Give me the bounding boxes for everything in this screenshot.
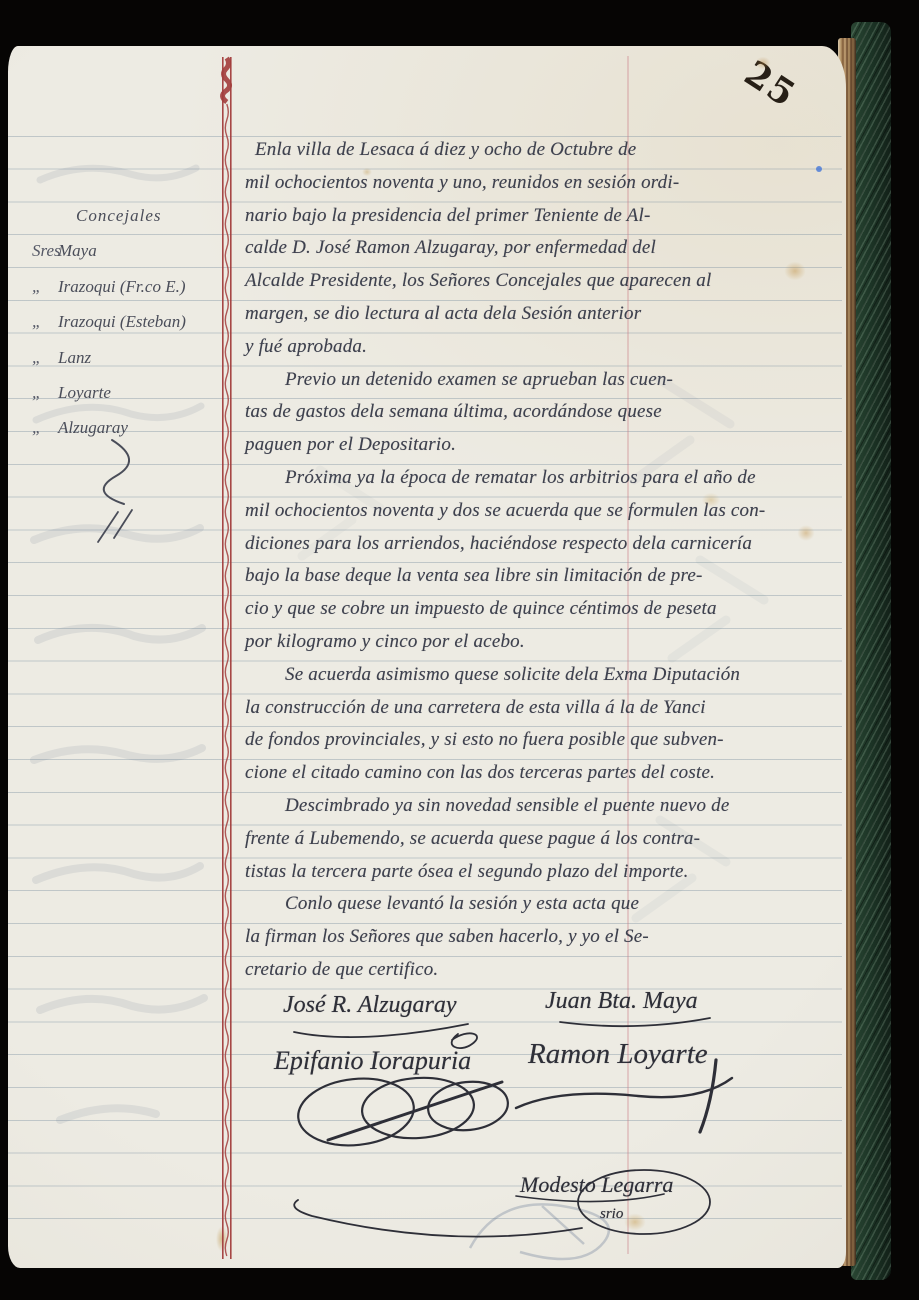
attendee-item: „Loyarte [32,375,238,410]
foxing-spot [620,1210,650,1234]
handwritten-line: paguen por el Depositario. [245,429,845,462]
margin-attendees-block: Concejales SresMaya „Irazoqui (Fr.co E.)… [32,198,238,446]
page-number: 25 [737,53,804,116]
attendee-prefix: „ [32,340,58,375]
minutes-body-text: Enla villa de Lesaca á diez y ocho de Oc… [245,134,845,987]
handwritten-line: bajo la base deque la venta sea libre si… [245,560,845,593]
attendee-name: Maya [58,241,97,260]
handwritten-line: Conlo quese levantó la sesión y esta act… [245,888,845,921]
handwritten-line: margen, se dio lectura al acta dela Sesi… [245,298,845,331]
attendee-prefix: „ [32,410,58,445]
handwritten-line: tistas la tercera parte ósea el segundo … [245,856,845,889]
signature-juan-bta-maya: Juan Bta. Maya [545,988,698,1015]
handwritten-line: nario bajo la presidencia del primer Ten… [245,200,845,233]
handwritten-line: Próxima ya la época de rematar los arbit… [245,462,845,495]
handwritten-line: de fondos provinciales, y si esto no fue… [245,724,845,757]
margin-heading: Concejales [32,198,238,233]
handwritten-line: la construcción de una carretera de esta… [245,692,845,725]
signature-secretary: Modesto Legarra [520,1172,673,1198]
signature-jose-r-alzugaray: José R. Alzugaray [283,992,457,1019]
signature-ramon-loyarte: Ramon Loyarte [528,1038,708,1071]
attendee-name: Loyarte [58,383,111,402]
blue-ink-dot [816,166,822,172]
attendee-prefix: „ [32,304,58,339]
attendees-list: SresMaya „Irazoqui (Fr.co E.) „Irazoqui … [32,233,238,445]
attendee-name: Lanz [58,348,91,367]
handwritten-line: la firman los Señores que saben hacerlo,… [245,921,845,954]
book-cover-edge [851,22,891,1280]
attendee-name: Irazoqui (Fr.co E.) [58,277,185,296]
handwritten-line: mil ochocientos noventa y dos se acuerda… [245,495,845,528]
attendee-item: „Alzugaray [32,410,238,445]
handwritten-line: Enla villa de Lesaca á diez y ocho de Oc… [245,134,845,167]
attendee-item: SresMaya [32,233,238,268]
handwritten-line: tas de gastos dela semana última, acordá… [245,396,845,429]
handwritten-line: cio y que se cobre un impuesto de quince… [245,593,845,626]
attendee-item: „Lanz [32,340,238,375]
handwritten-line: cretario de que certifico. [245,954,845,987]
handwritten-line: Alcalde Presidente, los Señores Concejal… [245,265,845,298]
handwritten-line: y fué aprobada. [245,331,845,364]
handwritten-line: cione el citado camino con las dos terce… [245,757,845,790]
manuscript-page: 25 Concejales SresMaya „Irazoqui (Fr.co … [8,46,846,1268]
signature-secretary-role: srio [600,1206,623,1223]
foxing-spot [214,1222,230,1256]
attendee-item: „Irazoqui (Fr.co E.) [32,269,238,304]
handwritten-line: Descimbrado ya sin novedad sensible el p… [245,790,845,823]
handwritten-line: frente á Lubemendo, se acuerda quese pag… [245,823,845,856]
scanned-document-background: 25 Concejales SresMaya „Irazoqui (Fr.co … [0,0,919,1300]
attendee-item: „Irazoqui (Esteban) [32,304,238,339]
handwritten-line: diciones para los arriendos, haciéndose … [245,528,845,561]
handwritten-line: Se acuerda asimismo quese solicite dela … [245,659,845,692]
handwritten-line: mil ochocientos noventa y uno, reunidos … [245,167,845,200]
handwritten-line: por kilogramo y cinco por el acebo. [245,626,845,659]
handwritten-line: Previo un detenido examen se aprueban la… [245,364,845,397]
attendee-prefix: „ [32,375,58,410]
attendee-prefix: Sres [32,233,58,268]
handwritten-line: calde D. José Ramon Alzugaray, por enfer… [245,232,845,265]
attendee-name: Alzugaray [58,418,128,437]
attendee-prefix: „ [32,269,58,304]
attendee-name: Irazoqui (Esteban) [58,312,186,331]
signature-epifanio: Epifanio Iorapuria [274,1046,471,1076]
